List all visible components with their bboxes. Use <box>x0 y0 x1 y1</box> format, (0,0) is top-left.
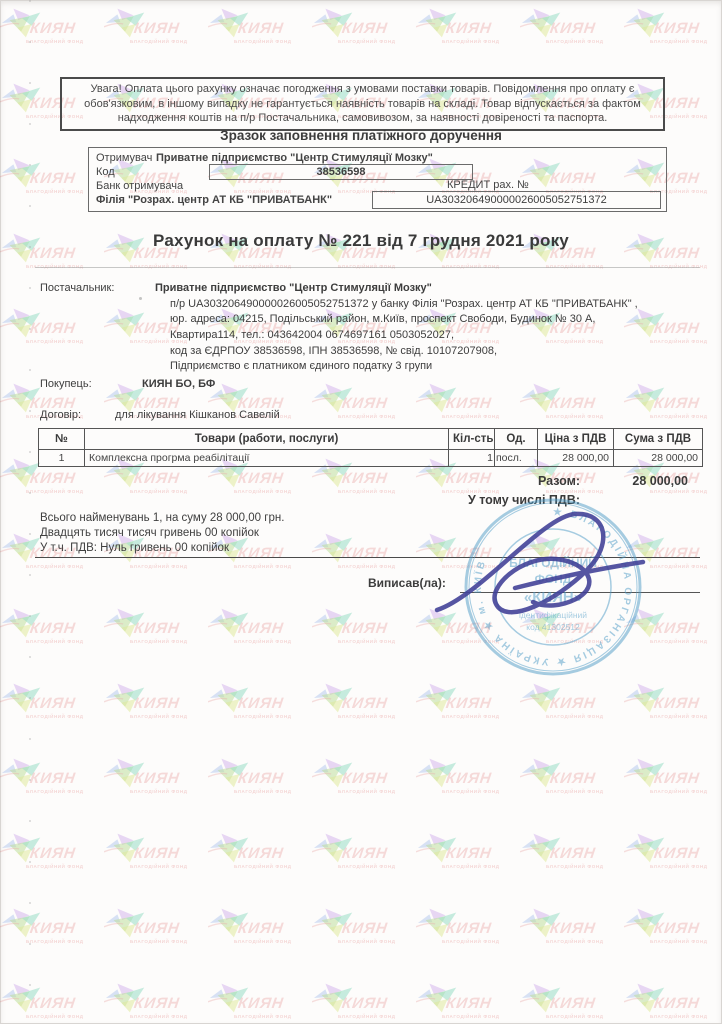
recipient-bank-name: Філія "Розрах. центр АТ КБ "ПРИВАТБАНК" <box>96 194 332 206</box>
col-header-unit: Од. <box>495 429 538 450</box>
items-table: № Товари (работи, послуги) Кіл-сть Од. Ц… <box>38 428 703 467</box>
buyer-name: КИЯН БО, БФ <box>142 377 215 392</box>
supplier-line: Підприємство є платником єдиного податку… <box>170 359 432 374</box>
summary-line-vat: У т.ч. ПДВ: Нуль гривень 00 копійок <box>40 542 229 554</box>
recipient-bank-label: Банк отримувача <box>96 180 183 192</box>
contract-value: для лікування Кішканов Савелій <box>115 408 280 423</box>
payment-sample-box: Отримувач Приватне підприємство "Центр С… <box>88 147 667 212</box>
table-row: 1 Комплексна прогрма реабілітації 1 посл… <box>39 450 703 467</box>
summary-line-total: Всього найменувань 1, на суму 28 000,00 … <box>40 512 284 524</box>
cell-qty: 1 <box>449 450 495 467</box>
buyer-label: Покупець: <box>40 377 92 392</box>
supplier-line: Квартира114, тел.: 043642004 0674697161 … <box>170 328 454 343</box>
cell-price: 28 000,00 <box>538 450 614 467</box>
col-header-goods: Товари (работи, послуги) <box>85 429 449 450</box>
col-header-price: Ціна з ПДВ <box>538 429 614 450</box>
recipient-name: Приватне підприємство "Центр Стимуляції … <box>156 152 433 164</box>
invoice-title: Рахунок на оплату № 221 від 7 грудня 202… <box>0 231 722 251</box>
col-header-sum: Сума з ПДВ <box>614 429 703 450</box>
supplier-label: Постачальник: <box>40 281 114 296</box>
supplier-name: Приватне підприємство "Центр Стимуляції … <box>155 281 432 296</box>
handwritten-signature <box>425 498 655 658</box>
cell-sum: 28 000,00 <box>614 450 703 467</box>
col-header-num: № <box>39 429 85 450</box>
credit-account-label: КРЕДИТ рах. № <box>447 179 529 191</box>
cell-unit: посл. <box>495 450 538 467</box>
iban-box: UA303206490000026005052751372 <box>372 191 661 209</box>
recipient-label: Отримувач <box>96 152 152 164</box>
supplier-line: юр. адреса: 04215, Подільський район, м.… <box>170 312 595 327</box>
payment-notice-box: Увага! Оплата цього рахунку означає пого… <box>60 77 665 131</box>
scanned-invoice-page: КИЯНБЛАГОДІЙНИЙ ФОНДКИЯНБЛАГОДІЙНИЙ ФОНД… <box>0 0 722 1024</box>
code-value-box: 38536598 <box>209 164 473 180</box>
col-header-qty: Кіл-сть <box>449 429 495 450</box>
payment-notice-text: Увага! Оплата цього рахунку означає пого… <box>84 83 641 124</box>
cell-goods: Комплексна прогрма реабілітації <box>85 450 449 467</box>
title-divider <box>35 267 700 268</box>
total-label: Разом: <box>420 474 580 488</box>
supplier-line: код за ЄДРПОУ 38536598, ІПН 38536598, № … <box>170 344 497 359</box>
code-label: Код <box>96 166 115 178</box>
items-table-header-row: № Товари (работи, послуги) Кіл-сть Од. Ц… <box>39 429 703 450</box>
cell-num: 1 <box>39 450 85 467</box>
payment-sample-title: Зразок заповнення платіжного доручення <box>0 128 722 143</box>
total-value: 28 000,00 <box>560 474 688 488</box>
supplier-line: п/р UA303206490000026005052751372 у банк… <box>170 297 638 312</box>
summary-line-words: Двадцять тисяч тисяч гривень 00 копійок <box>40 527 259 539</box>
contract-label: Договір: <box>40 408 81 423</box>
